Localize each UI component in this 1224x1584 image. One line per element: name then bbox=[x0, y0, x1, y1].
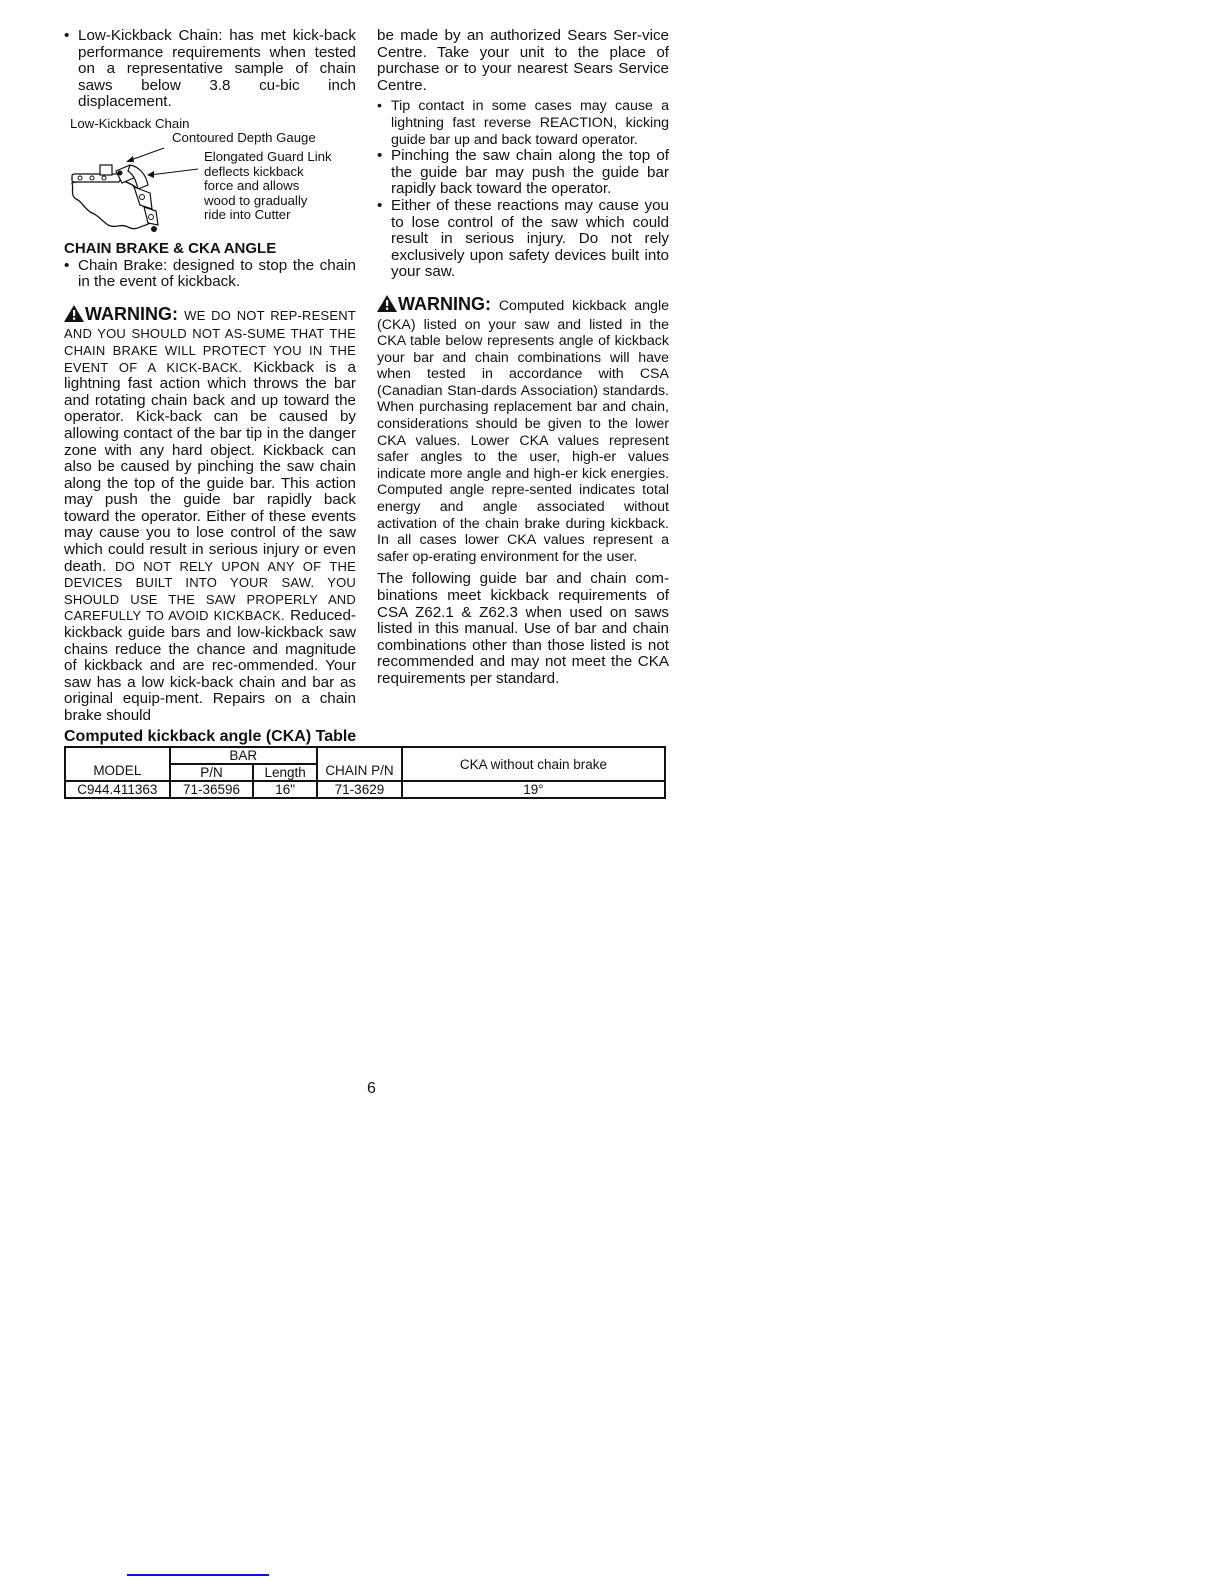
table-row: C944.411363 71-36596 16" 71-3629 19° bbox=[65, 781, 665, 798]
guard-link-line-1: Elongated Guard Link bbox=[204, 150, 332, 165]
guard-link-line-3: force and allows bbox=[204, 179, 332, 194]
guard-link-line-4: wood to gradually bbox=[204, 194, 332, 209]
guard-link-line-2: deflects kickback bbox=[204, 165, 332, 180]
cka-table-title: Computed kickback angle (CKA) Table bbox=[64, 728, 356, 746]
service-centre-paragraph: be made by an authorized Sears Ser-vice … bbox=[377, 28, 669, 94]
header-bar-pn: P/N bbox=[170, 764, 254, 781]
cell-chain-pn: 71-3629 bbox=[317, 781, 402, 798]
cell-bar-length: 16" bbox=[253, 781, 317, 798]
cka-table: MODEL BAR CHAIN P/N CKA without chain br… bbox=[64, 746, 666, 799]
warning-body-2: Reduced-kickback guide bars and low-kick… bbox=[64, 607, 356, 724]
warning-triangle-icon bbox=[64, 305, 84, 327]
warning-block-right: WARNING: Computed kickback angle (CKA) l… bbox=[377, 295, 669, 566]
header-chain-pn: CHAIN P/N bbox=[317, 747, 402, 781]
warning-triangle-icon bbox=[377, 295, 397, 317]
cell-bar-pn: 71-36596 bbox=[170, 781, 254, 798]
warning-body-1: Kickback is a lightning fast action whic… bbox=[64, 359, 356, 575]
chain-brake-bullet: Chain Brake: designed to stop the chain … bbox=[64, 258, 356, 291]
header-cka: CKA without chain brake bbox=[402, 747, 665, 781]
footer-rule bbox=[127, 1574, 269, 1576]
cell-cka: 19° bbox=[402, 781, 665, 798]
right-column: be made by an authorized Sears Ser-vice … bbox=[377, 28, 669, 688]
header-bar: BAR bbox=[170, 747, 317, 764]
saw-chain-illustration-icon bbox=[58, 143, 208, 235]
header-bar-length: Length bbox=[253, 764, 317, 781]
header-model: MODEL bbox=[65, 747, 170, 781]
warning-block-left: WARNING: WE DO NOT REP-RESENT AND YOU SH… bbox=[64, 305, 356, 725]
low-kickback-chain-figure: Low-Kickback Chain Contoured Depth Gauge… bbox=[64, 117, 356, 235]
section-heading-chain-brake: CHAIN BRAKE & CKA ANGLE bbox=[64, 241, 356, 258]
warning-label: WARNING: bbox=[398, 294, 491, 314]
combinations-paragraph: The following guide bar and chain com-bi… bbox=[377, 571, 669, 687]
low-kickback-chain-bullet: Low-Kickback Chain: has met kick-back pe… bbox=[64, 28, 356, 111]
warning-label: WARNING: bbox=[85, 304, 178, 324]
page-number: 6 bbox=[367, 1080, 376, 1098]
guard-link-line-5: ride into Cutter bbox=[204, 208, 332, 223]
cell-model: C944.411363 bbox=[65, 781, 170, 798]
left-column: Low-Kickback Chain: has met kick-back pe… bbox=[64, 28, 356, 725]
tip-contact-bullet: Tip contact in some cases may cause a li… bbox=[377, 98, 669, 148]
pinching-bullet: Pinching the saw chain along the top of … bbox=[377, 148, 669, 198]
either-reaction-bullet: Either of these reactions may cause you … bbox=[377, 198, 669, 281]
figure-label-guard-link: Elongated Guard Link deflects kickback f… bbox=[204, 150, 332, 223]
warning-body: Computed kickback angle (CKA) listed on … bbox=[377, 298, 669, 565]
